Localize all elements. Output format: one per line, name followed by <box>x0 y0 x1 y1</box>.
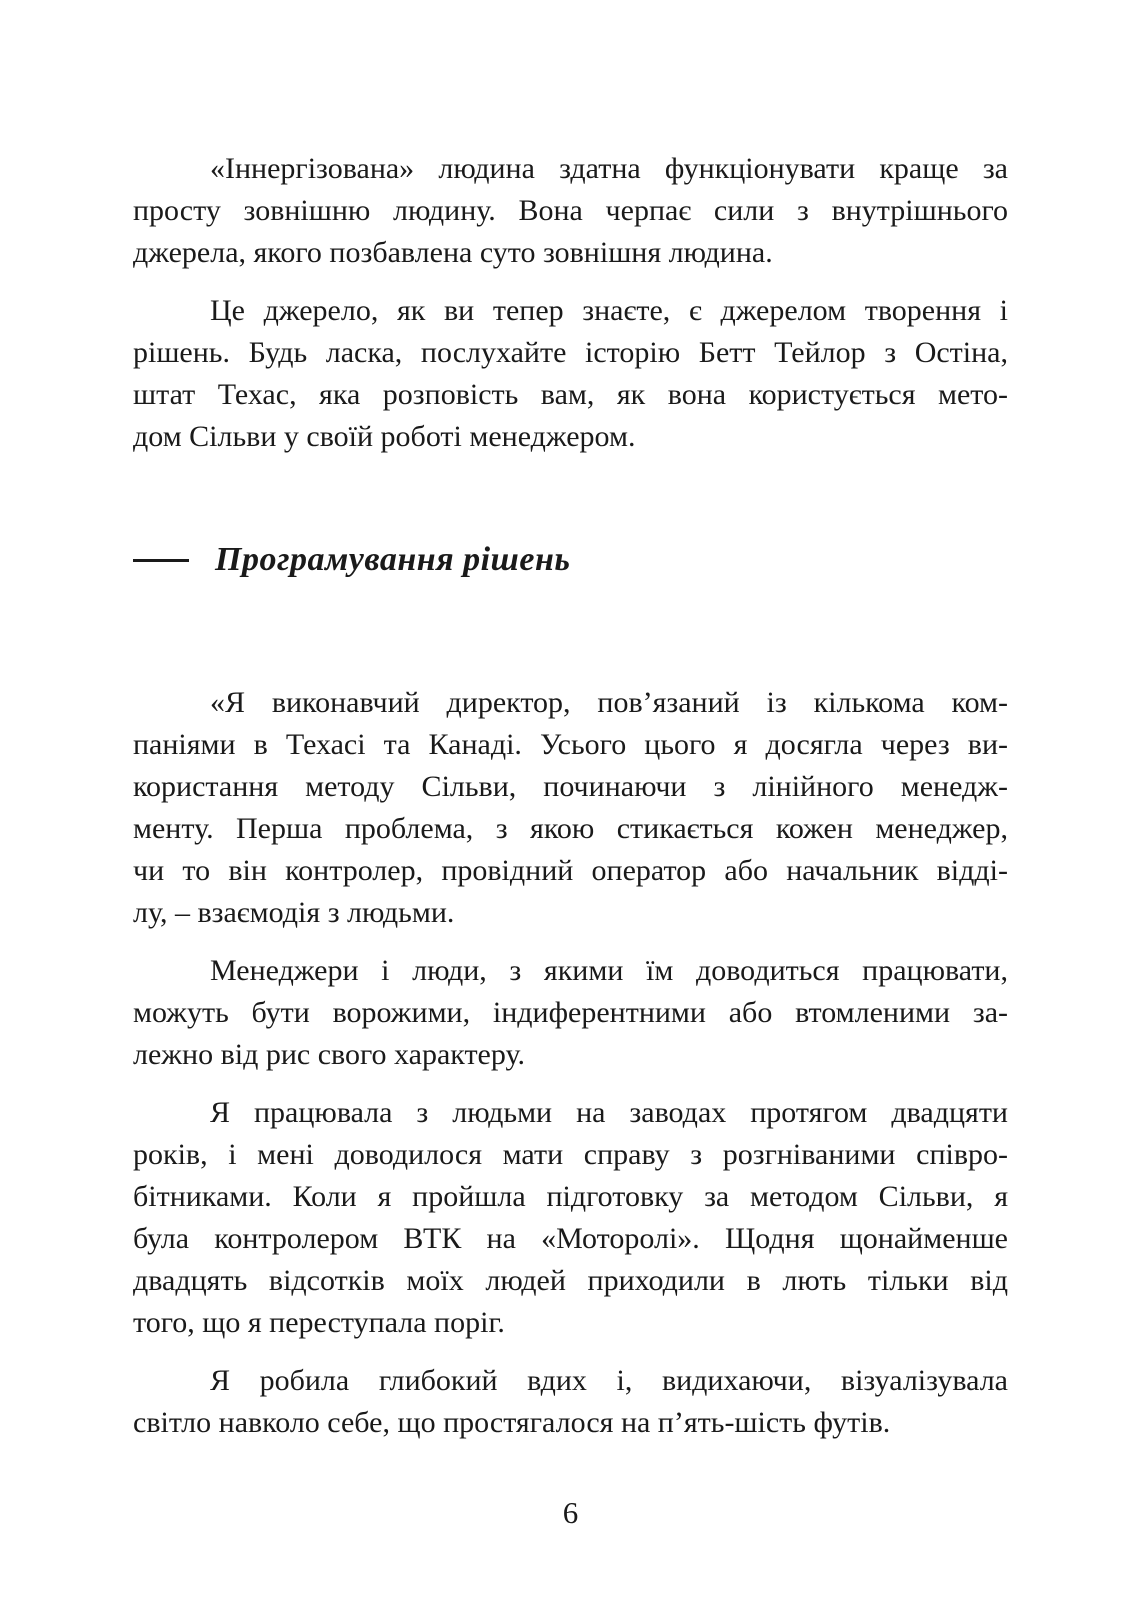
text-line: паніями в Техасі та Канаді. Усього цього… <box>133 724 1008 766</box>
text-line: дом Сільви у своїй роботі менеджером. <box>133 416 1008 458</box>
text-line: просту зовнішню людину. Вона черпає сили… <box>133 190 1008 232</box>
text-line: того, що я переступала поріг. <box>133 1302 1008 1344</box>
text-line: бітниками. Коли я пройшла підготовку за … <box>133 1176 1008 1218</box>
heading-dash-rule <box>133 559 189 562</box>
text-line: рішень. Будь ласка, послухайте історію Б… <box>133 332 1008 374</box>
text-line: років, і мені доводилося мати справу з р… <box>133 1134 1008 1176</box>
text-line: «Я виконавчий директор, пов’язаний із кі… <box>133 682 1008 724</box>
text-line: менту. Перша проблема, з якою стикається… <box>133 808 1008 850</box>
paragraph: Це джерело, як ви тепер знаєте, є джерел… <box>133 290 1008 458</box>
paragraph: Я працювала з людьми на заводах протягом… <box>133 1092 1008 1344</box>
paragraph: Я робила глибокий вдих і, видихаючи, віз… <box>133 1360 1008 1444</box>
text-line: Це джерело, як ви тепер знаєте, є джерел… <box>133 290 1008 332</box>
text-line: штат Техас, яка розповість вам, як вона … <box>133 374 1008 416</box>
section-heading: Програмування рішень <box>133 530 1008 590</box>
text-line: світло навколо себе, що простягалося на … <box>133 1402 1008 1444</box>
section-heading-text: Програмування рішень <box>215 541 570 579</box>
page-number: 6 <box>133 1492 1008 1534</box>
paragraph: «Іннергізована» людина здатна функціонув… <box>133 148 1008 274</box>
text-line: двадцять відсотків моїх людей приходили … <box>133 1260 1008 1302</box>
text-line: лу, – взаємодія з людьми. <box>133 892 1008 934</box>
text-line: лежно від рис свого характеру. <box>133 1034 1008 1076</box>
paragraph: «Я виконавчий директор, пов’язаний із кі… <box>133 682 1008 934</box>
text-line: Менеджери і люди, з якими їм доводиться … <box>133 950 1008 992</box>
text-line: користання методу Сільви, починаючи з лі… <box>133 766 1008 808</box>
text-line: чи то він контролер, провідний оператор … <box>133 850 1008 892</box>
text-line: Я робила глибокий вдих і, видихаючи, віз… <box>133 1360 1008 1402</box>
book-page: «Іннергізована» людина здатна функціонув… <box>0 0 1142 1615</box>
text-line: «Іннергізована» людина здатна функціонув… <box>133 148 1008 190</box>
text-line: Я працювала з людьми на заводах протягом… <box>133 1092 1008 1134</box>
text-line: можуть бути ворожими, індиферентними або… <box>133 992 1008 1034</box>
paragraph: Менеджери і люди, з якими їм доводиться … <box>133 950 1008 1076</box>
text-line: джерела, якого позбавлена суто зовнішня … <box>133 232 1008 274</box>
text-line: була контролером ВТК на «Моторолі». Щодн… <box>133 1218 1008 1260</box>
